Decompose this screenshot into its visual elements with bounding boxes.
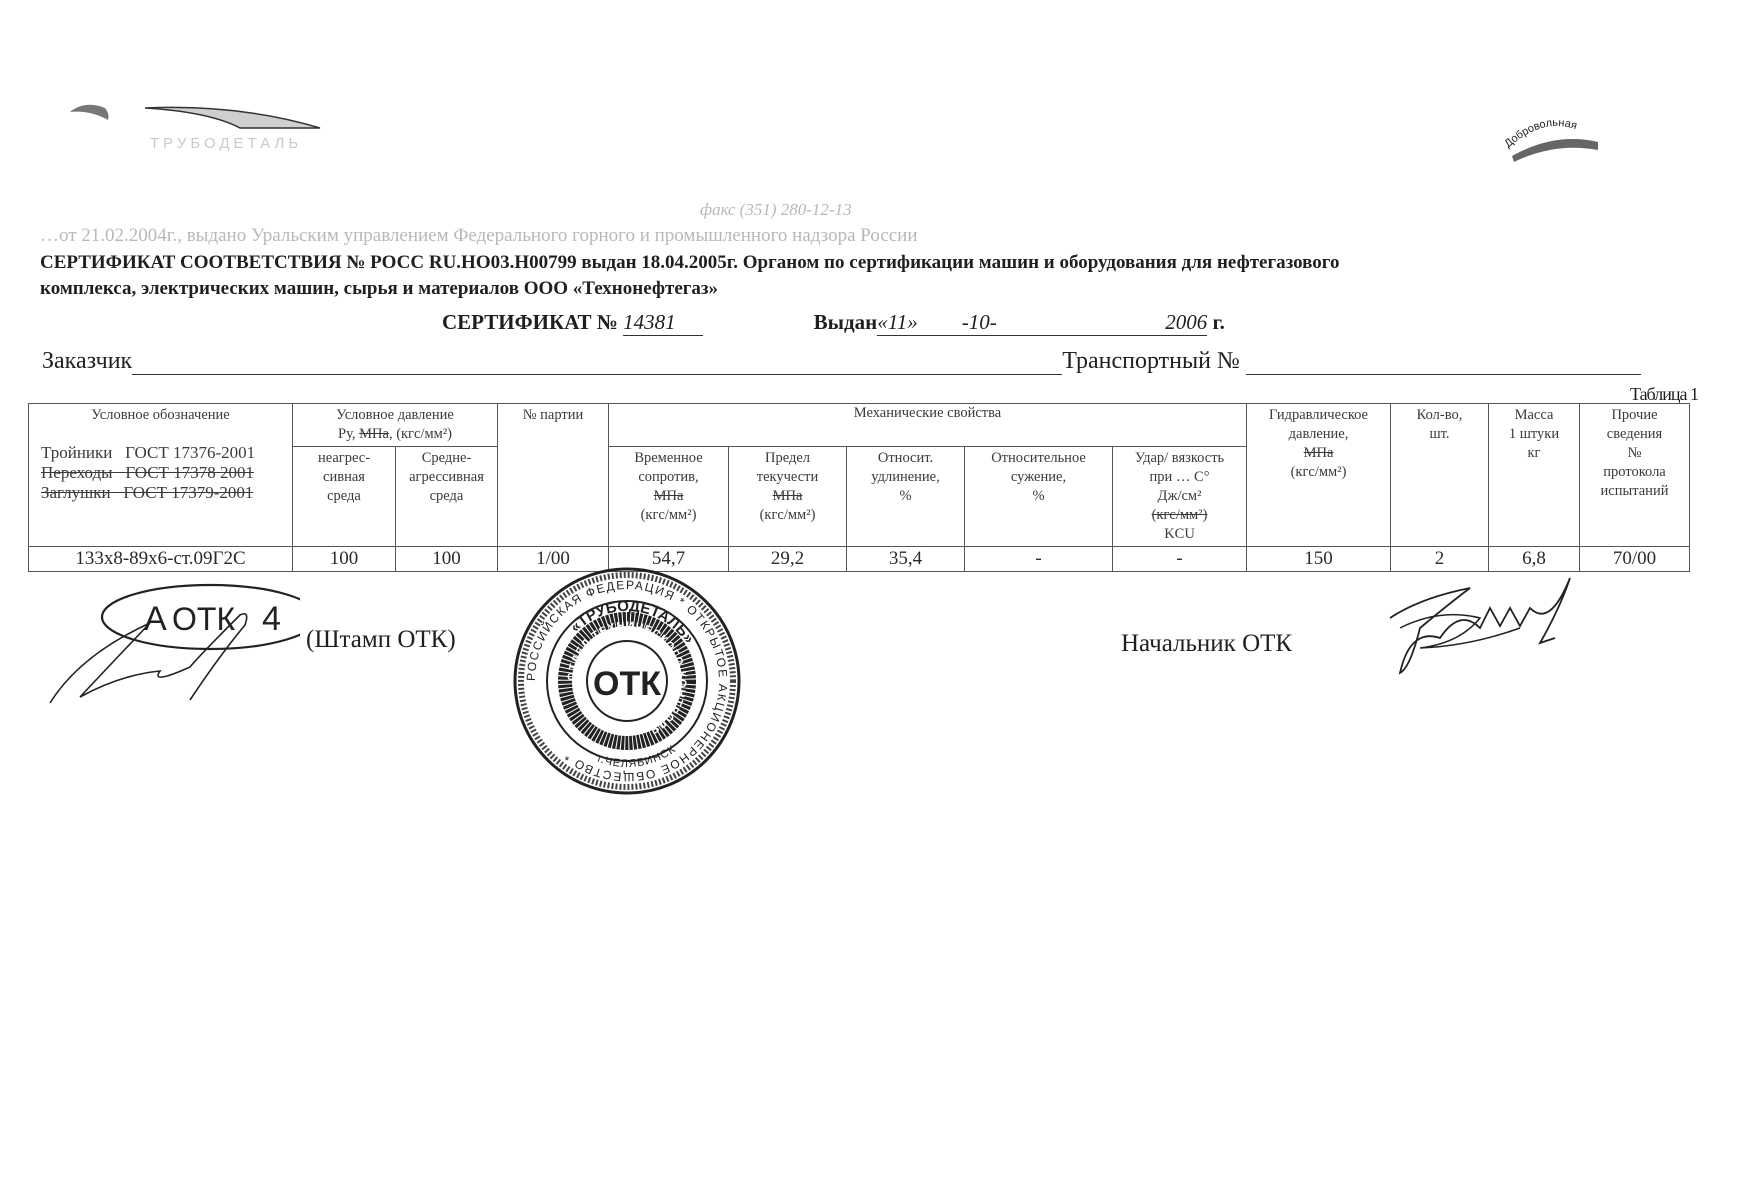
header-tensile: Временноесопротив,МПа(кгс/мм²) bbox=[609, 447, 729, 547]
certificate-number-label: СЕРТИФИКАТ № bbox=[442, 310, 618, 334]
otk-stamp: A ОТК 4 bbox=[40, 575, 300, 705]
company-logo: ТРУБОДЕТАЛЬ bbox=[30, 98, 340, 158]
header-other: Прочиесведения№протоколаиспытаний bbox=[1580, 404, 1690, 547]
contact-info: факс (351) 280-12-13 bbox=[700, 200, 852, 220]
cell-elongation: 35,4 bbox=[847, 547, 965, 572]
cell-impact: - bbox=[1113, 547, 1247, 572]
svg-text:ТРУБОДЕТАЛЬ: ТРУБОДЕТАЛЬ bbox=[150, 135, 302, 152]
designation-item-struck: Переходы ГОСТ 17378 2001 bbox=[41, 463, 290, 483]
company-seal: РОССИЙСКАЯ ФЕДЕРАЦИЯ * ОТКРЫТОЕ АКЦИОНЕР… bbox=[512, 565, 742, 797]
header-quantity: Кол-во,шт. bbox=[1391, 404, 1489, 547]
chief-signature-icon bbox=[1380, 568, 1580, 678]
license-statement: …от 21.02.2004г., выдано Уральским управ… bbox=[40, 225, 918, 247]
conformity-certificate-cont: комплекса, электрических машин, сырья и … bbox=[40, 278, 718, 300]
table-caption: Таблица 1 bbox=[1630, 384, 1698, 405]
cell-hydraulic: 150 bbox=[1247, 547, 1391, 572]
customer-row: ЗаказчикТранспортный № bbox=[42, 348, 1742, 375]
transport-field bbox=[1246, 352, 1641, 375]
voluntary-cert-badge: Добровольная bbox=[1500, 110, 1610, 170]
header-yield: ПределтекучестиМПа(кгс/мм²) bbox=[729, 447, 847, 547]
issue-month: -10- bbox=[962, 310, 997, 334]
header-pressure-nonaggressive: неагрес-сивнаясреда bbox=[293, 447, 396, 547]
conformity-certificate: СЕРТИФИКАТ СООТВЕТСТВИЯ № РОСС RU.НО03.Н… bbox=[40, 252, 1339, 274]
svg-text:ОТК: ОТК bbox=[172, 601, 235, 637]
header-mass: Масса1 штукикг bbox=[1489, 404, 1580, 547]
issued-label: Выдан bbox=[814, 310, 878, 334]
issue-year: 2006 bbox=[1165, 310, 1207, 335]
stamp-otk-label: (Штамп ОТК) bbox=[306, 626, 456, 654]
cell-narrowing: - bbox=[965, 547, 1113, 572]
cell-pressure-midaggressive: 100 bbox=[396, 547, 498, 572]
header-hydraulic: Гидравлическоедавление, МПа(кгс/мм²) bbox=[1247, 404, 1391, 547]
header-batch: № партии bbox=[498, 404, 609, 547]
cell-yield: 29,2 bbox=[729, 547, 847, 572]
svg-text:ОТК: ОТК bbox=[593, 665, 661, 703]
customer-field bbox=[132, 352, 1062, 375]
header-designation: Условное обозначение Тройники ГОСТ 17376… bbox=[29, 404, 293, 547]
transport-label: Транспортный № bbox=[1062, 348, 1240, 374]
designation-item-struck: Заглушки ГОСТ 17379-2001 bbox=[41, 483, 290, 503]
designation-item: Тройники ГОСТ 17376-2001 bbox=[41, 443, 290, 463]
certificate-title: СЕРТИФИКАТ № 14381 Выдан«11»-10-2006 г. bbox=[442, 310, 1225, 336]
certificate-number: 14381 bbox=[623, 310, 703, 336]
cell-pressure-nonaggressive: 100 bbox=[293, 547, 396, 572]
header-impact: Удар/ вязкостьпри … С°Дж/см²(кгс/мм²)KCU bbox=[1113, 447, 1247, 547]
customer-label: Заказчик bbox=[42, 348, 132, 374]
cell-designation: 133х8-89х6-ст.09Г2С bbox=[29, 547, 293, 572]
svg-text:4: 4 bbox=[262, 600, 281, 638]
cell-protocol: 70/00 bbox=[1580, 547, 1690, 572]
chief-otk-label: Начальник ОТК bbox=[1121, 630, 1292, 658]
issue-date: «11»-10-2006 bbox=[877, 310, 1207, 336]
header-pressure: Условное давление Ру, МПа, (кгс/мм²) bbox=[293, 404, 498, 447]
header-narrowing: Относительноесужение,% bbox=[965, 447, 1113, 547]
designation-title: Условное обозначение bbox=[31, 406, 290, 425]
certificate-table: Условное обозначение Тройники ГОСТ 17376… bbox=[28, 403, 1690, 572]
header-elongation: Относит.удлинение,% bbox=[847, 447, 965, 547]
svg-text:A: A bbox=[144, 600, 167, 638]
year-suffix: г. bbox=[1213, 310, 1225, 334]
header-pressure-midaggressive: Средне-агрессивнаясреда bbox=[396, 447, 498, 547]
issue-day: «11» bbox=[877, 310, 917, 334]
designation-list: Тройники ГОСТ 17376-2001 Переходы ГОСТ 1… bbox=[31, 443, 290, 503]
header-mechanical: Механические свойства bbox=[609, 404, 1247, 447]
